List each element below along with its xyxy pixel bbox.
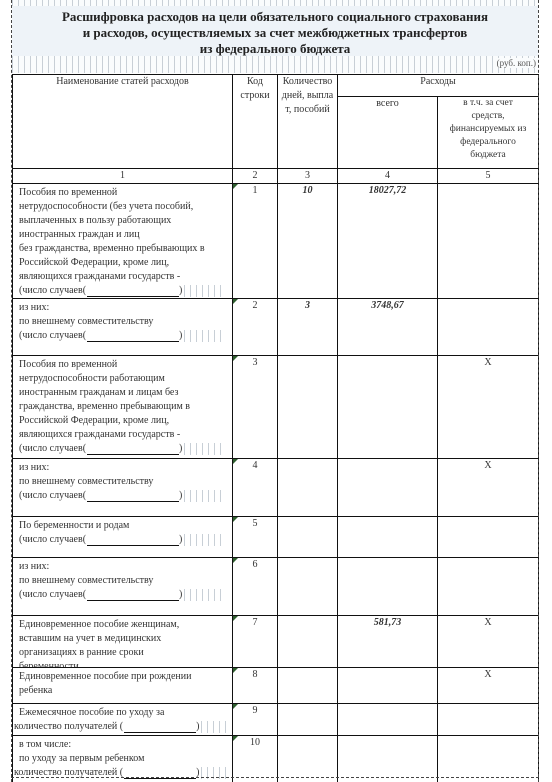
- page-border-left: [11, 0, 12, 782]
- cases-suffix: ): [179, 533, 182, 547]
- row-federal-cell[interactable]: [438, 517, 539, 558]
- cases-label: (число случаев(: [19, 329, 86, 343]
- row-total-cell[interactable]: 581,73: [338, 616, 438, 668]
- row-label-line: гражданства, временно пребывающим в: [19, 400, 226, 414]
- cell-marker-icon: [233, 616, 238, 621]
- header-count: Количество дней, выплат, пособий: [278, 75, 338, 169]
- row-label-line: Пособия по временной: [19, 358, 226, 372]
- recipients-count-input[interactable]: [124, 721, 196, 733]
- row-code: 2: [233, 299, 278, 356]
- cases-suffix: ): [179, 489, 182, 503]
- row-label-line: Российской Федерации, кроме лиц,: [19, 414, 226, 428]
- cases-count-input[interactable]: [87, 534, 179, 546]
- row-count-cell[interactable]: [278, 517, 338, 558]
- cell-marker-icon: [233, 459, 238, 464]
- row-total-cell[interactable]: [338, 736, 438, 782]
- row-code: 7: [233, 616, 278, 668]
- row-count-cell[interactable]: [278, 356, 338, 459]
- row-federal-cell[interactable]: [438, 299, 539, 356]
- cases-count-line: (число случаев( ): [19, 588, 226, 602]
- grid-strip: [201, 721, 226, 733]
- units-label: (руб. коп.): [495, 58, 536, 68]
- row-label-line: по внешнему совместительству: [19, 475, 226, 489]
- row-label: Пособия по временнойнетрудоспособности (…: [13, 184, 233, 299]
- row-count-cell[interactable]: [278, 459, 338, 517]
- row-total-cell[interactable]: 18027,72: [338, 184, 438, 299]
- row-label-line: по внешнему совместительству: [19, 574, 226, 588]
- row-total-cell[interactable]: 3748,67: [338, 299, 438, 356]
- row-label-line: Пособия по временной: [19, 186, 226, 200]
- row-label: из них:по внешнему совместительству (чис…: [13, 558, 233, 616]
- row-label-line: вставшим на учет в медицинских: [19, 632, 226, 646]
- row-code: 6: [233, 558, 278, 616]
- cell-marker-icon: [233, 668, 238, 673]
- row-federal-cell[interactable]: X: [438, 459, 539, 517]
- row-count-cell[interactable]: 10: [278, 184, 338, 299]
- table-row: из них:по внешнему совместительству (чис…: [13, 459, 539, 517]
- row-count-cell[interactable]: [278, 668, 338, 704]
- row-label-line: Единовременное пособие женщинам,: [19, 618, 226, 632]
- cases-count-input[interactable]: [87, 490, 179, 502]
- row-label-line: по уходу за первым ребенком: [19, 752, 226, 766]
- row-label-line: Ежемесячное пособие по уходу за: [19, 706, 226, 720]
- recipients-label: количество получателей (: [14, 720, 123, 734]
- row-label-line: без гражданства, временно пребывающих в: [19, 242, 226, 256]
- form-title: Расшифровка расходов на цели обязательно…: [12, 6, 538, 56]
- header-code: Код строки: [233, 75, 278, 169]
- row-label: Единовременное пособие при рожденииребен…: [13, 668, 233, 704]
- column-number: 5: [438, 169, 539, 184]
- grid-strip: [184, 534, 226, 546]
- grid-strip: [184, 490, 226, 502]
- table-row: Единовременное пособие женщинам,вставшим…: [13, 616, 539, 668]
- grid-strip: [184, 589, 226, 601]
- row-label-line: Российской Федерации, кроме лиц,: [19, 256, 226, 270]
- row-label-line: нетрудоспособности (без учета пособий,: [19, 200, 226, 214]
- cell-marker-icon: [233, 517, 238, 522]
- row-label-line: организациях в ранние сроки: [19, 646, 226, 660]
- row-total-cell[interactable]: [338, 356, 438, 459]
- cases-count-line: (число случаев( ): [19, 284, 226, 298]
- row-total-cell[interactable]: [338, 517, 438, 558]
- cases-count-input[interactable]: [87, 443, 179, 455]
- expenses-table: Наименование статей расходов Код строки …: [12, 74, 539, 782]
- row-code: 8: [233, 668, 278, 704]
- cell-marker-icon: [233, 299, 238, 304]
- row-count-cell[interactable]: [278, 736, 338, 782]
- recipients-suffix: ): [196, 720, 199, 734]
- row-federal-cell[interactable]: X: [438, 356, 539, 459]
- title-line-3: из федерального бюджета: [12, 41, 538, 57]
- row-count-cell[interactable]: [278, 558, 338, 616]
- page-border-bottom: [11, 777, 539, 778]
- title-line-2: и расходов, осуществляемых за счет межбю…: [12, 25, 538, 41]
- row-label-line: По беременности и родам: [19, 519, 226, 533]
- table-row: По беременности и родам (число случаев( …: [13, 517, 539, 558]
- table-row: из них:по внешнему совместительству (чис…: [13, 558, 539, 616]
- row-label-line: являющихся гражданами государств -: [19, 428, 226, 442]
- row-label: из них:по внешнему совместительству (чис…: [13, 299, 233, 356]
- table-row: из них:по внешнему совместительству (чис…: [13, 299, 539, 356]
- row-total-cell[interactable]: [338, 558, 438, 616]
- grid-strip-units: [12, 56, 538, 73]
- row-label: Ежемесячное пособие по уходу за количест…: [13, 704, 233, 736]
- row-federal-cell[interactable]: [438, 736, 539, 782]
- grid-strip: [184, 285, 226, 297]
- row-label-line: по внешнему совместительству: [19, 315, 226, 329]
- row-federal-cell[interactable]: [438, 184, 539, 299]
- cell-marker-icon: [233, 356, 238, 361]
- cases-count-line: (число случаев( ): [19, 489, 226, 503]
- row-code: 9: [233, 704, 278, 736]
- row-federal-cell[interactable]: [438, 558, 539, 616]
- header-name: Наименование статей расходов: [13, 75, 233, 169]
- cell-marker-icon: [233, 184, 238, 189]
- cases-label: (число случаев(: [19, 489, 86, 503]
- row-label-line: из них:: [19, 301, 226, 315]
- row-label: По беременности и родам (число случаев( …: [13, 517, 233, 558]
- cases-suffix: ): [179, 588, 182, 602]
- title-line-1: Расшифровка расходов на цели обязательно…: [12, 9, 538, 25]
- cases-label: (число случаев(: [19, 588, 86, 602]
- row-total-cell[interactable]: [338, 704, 438, 736]
- column-number: 4: [338, 169, 438, 184]
- row-label: из них:по внешнему совместительству (чис…: [13, 459, 233, 517]
- table-row: Пособия по временнойнетрудоспособности (…: [13, 184, 539, 299]
- row-label-line: ребенка: [19, 684, 226, 698]
- row-total-cell[interactable]: [338, 459, 438, 517]
- column-number: 2: [233, 169, 278, 184]
- row-label-line: из них:: [19, 461, 226, 475]
- column-number-row: 1 2 3 4 5: [13, 169, 539, 184]
- cases-count-line: (число случаев( ): [19, 442, 226, 456]
- header-federal: в т.ч. за счет средств, финансируемых из…: [438, 97, 539, 169]
- table-row: Пособия по временнойнетрудоспособности р…: [13, 356, 539, 459]
- row-code: 1: [233, 184, 278, 299]
- table-row: Ежемесячное пособие по уходу за количест…: [13, 704, 539, 736]
- cases-label: (число случаев(: [19, 442, 86, 456]
- row-label-line: беременности: [19, 660, 226, 667]
- page-border-right: [538, 0, 539, 782]
- cell-marker-icon: [233, 704, 238, 709]
- row-label-line: Единовременное пособие при рождении: [19, 670, 226, 684]
- row-label: Пособия по временнойнетрудоспособности р…: [13, 356, 233, 459]
- header-total: всего: [338, 97, 438, 169]
- cases-suffix: ): [179, 329, 182, 343]
- row-count-cell[interactable]: [278, 616, 338, 668]
- row-label-line: из них:: [19, 560, 226, 574]
- grid-strip: [184, 330, 226, 342]
- cases-count-input[interactable]: [87, 285, 179, 297]
- row-label-line: иностранных граждан и лиц: [19, 228, 226, 242]
- cell-marker-icon: [233, 558, 238, 563]
- table-row: в том числе:по уходу за первым ребенком …: [13, 736, 539, 782]
- cell-marker-icon: [233, 736, 238, 741]
- row-label-line: в том числе:: [19, 738, 226, 752]
- row-label-line: иностранным гражданам и лицам без: [19, 386, 226, 400]
- row-label: в том числе:по уходу за первым ребенком …: [13, 736, 233, 782]
- cases-count-input[interactable]: [87, 589, 179, 601]
- cases-suffix: ): [179, 284, 182, 298]
- row-label: Единовременное пособие женщинам,вставшим…: [13, 616, 233, 668]
- row-code: 10: [233, 736, 278, 782]
- row-label-line: выплаченных в пользу работающих: [19, 214, 226, 228]
- row-count-cell[interactable]: [278, 704, 338, 736]
- table-row: Единовременное пособие при рожденииребен…: [13, 668, 539, 704]
- grid-strip: [184, 443, 226, 455]
- row-federal-cell[interactable]: X: [438, 668, 539, 704]
- cases-count-input[interactable]: [87, 330, 179, 342]
- row-code: 3: [233, 356, 278, 459]
- recipients-count-line: количество получателей ( ): [14, 720, 226, 734]
- column-number: 3: [278, 169, 338, 184]
- row-code: 4: [233, 459, 278, 517]
- cases-label: (число случаев(: [19, 533, 86, 547]
- cases-count-line: (число случаев( ): [19, 329, 226, 343]
- row-federal-cell[interactable]: X: [438, 616, 539, 668]
- row-total-cell[interactable]: [338, 668, 438, 704]
- cases-count-line: (число случаев( ): [19, 533, 226, 547]
- row-label-line: являющихся гражданами государств -: [19, 270, 226, 284]
- column-number: 1: [13, 169, 233, 184]
- row-federal-cell[interactable]: [438, 704, 539, 736]
- cases-label: (число случаев(: [19, 284, 86, 298]
- row-label-line: нетрудоспособности работающим: [19, 372, 226, 386]
- header-expenses: Расходы: [338, 75, 539, 97]
- row-code: 5: [233, 517, 278, 558]
- form-sheet: Расшифровка расходов на цели обязательно…: [0, 0, 552, 782]
- cases-suffix: ): [179, 442, 182, 456]
- row-count-cell[interactable]: 3: [278, 299, 338, 356]
